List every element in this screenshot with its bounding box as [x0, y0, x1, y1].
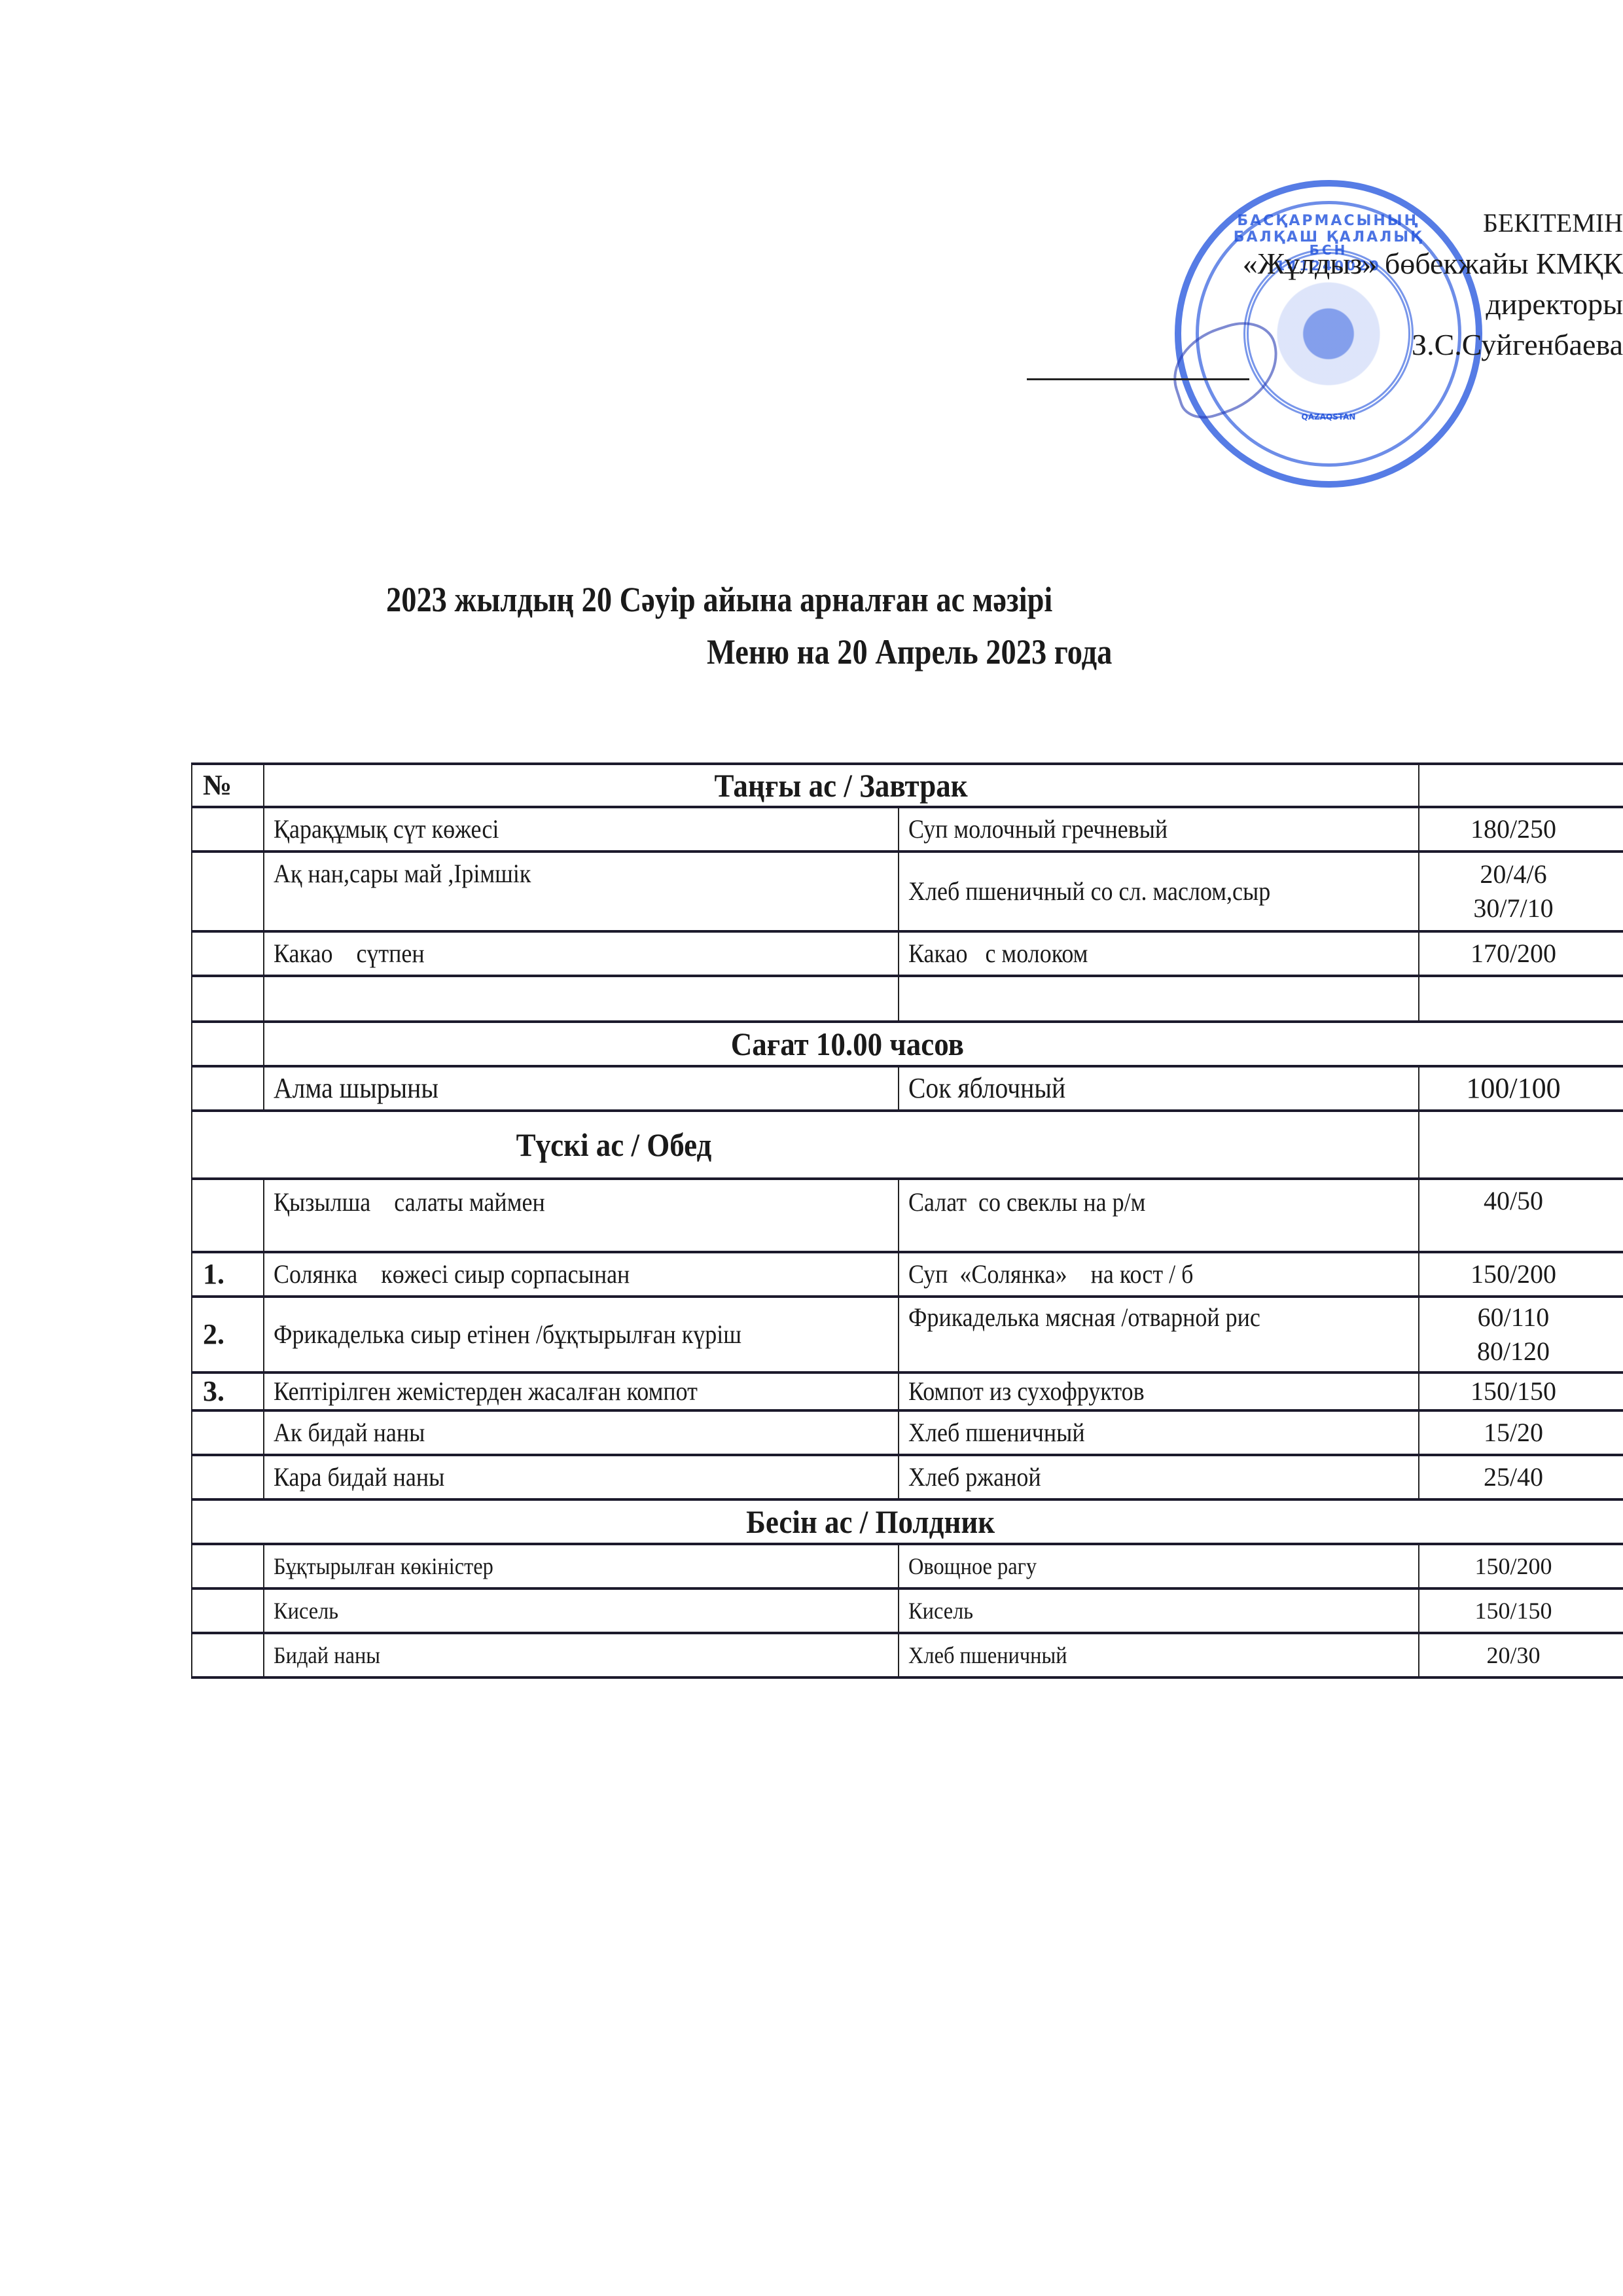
dish-name-ru: Кисель [899, 1588, 1419, 1633]
portion-value: 20/4/630/7/10 [1419, 852, 1623, 931]
dish-name-ru: Хлеб ржаной [899, 1455, 1419, 1499]
seal-country: QAZAQSTAN [1293, 412, 1364, 422]
approval-name: З.С.Суйгенбаева [1243, 325, 1623, 365]
table-row: Какао сүтпен Какао с молоком 170/200 [192, 931, 1623, 976]
dish-name-ru [899, 976, 1419, 1022]
portion-value: 150/200 [1419, 1544, 1623, 1588]
dish-name-ru: Хлеб пшеничный со сл. маслом,сыр [899, 852, 1419, 931]
dish-name-kz: Қарақұмық сүт көжесі [264, 807, 899, 852]
page-title-ru: Меню на 20 Апрель 2023 года [707, 632, 1623, 672]
section-header-afternoon-snack: Бесін ас / Полдник [192, 1499, 1623, 1544]
section-header-breakfast: № Таңғы ас / Завтрак [192, 764, 1623, 807]
portion-value: 15/20 [1419, 1410, 1623, 1455]
section-header-snack-10: Сағат 10.00 часов [192, 1022, 1623, 1066]
portion-value: 60/11080/120 [1419, 1297, 1623, 1372]
dish-name-ru: Компот из сухофруктов [899, 1372, 1419, 1410]
portion-value: 25/40 [1419, 1455, 1623, 1499]
dish-name-kz: Ақ нан,сары май ,Ірімшік [264, 852, 899, 931]
portion-value [1419, 976, 1623, 1022]
approval-label: БЕКІТЕМІН [1243, 203, 1623, 243]
row-number [192, 807, 264, 852]
approval-organization: «Жұлдыз» бөбекжайы КМҚК [1243, 243, 1623, 284]
table-row: Бидай наны Хлеб пшеничный 20/30 [192, 1633, 1623, 1677]
row-number [192, 976, 264, 1022]
dish-name-ru: Суп молочный гречневый [899, 807, 1419, 852]
section-header-lunch: Түскі ас / Обед [192, 1111, 1623, 1179]
dish-name-ru: Хлеб пшеничный [899, 1633, 1419, 1677]
table-row: Бұқтырылған көкіністер Овощное рагу 150/… [192, 1544, 1623, 1588]
section-title: Түскі ас / Обед [192, 1111, 1419, 1179]
dish-name-ru: Салат со свеклы на р/м [899, 1179, 1419, 1252]
table-row: Кара бидай наны Хлеб ржаной 25/40 [192, 1455, 1623, 1499]
table-row: Ақ нан,сары май ,Ірімшік Хлеб пшеничный … [192, 852, 1623, 931]
portion-value: 170/200 [1419, 931, 1623, 976]
row-number [192, 1410, 264, 1455]
row-number [192, 931, 264, 976]
row-number: 3. [192, 1372, 264, 1410]
dish-name-ru: Суп «Солянка» на кост / б [899, 1252, 1419, 1297]
dish-name-kz: Ак бидай наны [264, 1410, 899, 1455]
table-row: Қарақұмық сүт көжесі Суп молочный гречне… [192, 807, 1623, 852]
table-row: 2. Фрикаделька сиыр етінен /бұқтырылған … [192, 1297, 1623, 1372]
menu-table: № Таңғы ас / Завтрак Қарақұмық сүт көжес… [191, 762, 1623, 1679]
section-title: Таңғы ас / Завтрак [264, 764, 1419, 807]
approval-block: БЕКІТЕМІН «Жұлдыз» бөбекжайы КМҚК директ… [1243, 203, 1623, 365]
table-row-empty [192, 976, 1623, 1022]
table-row: 3. Кептірілген жемістерден жасалған комп… [192, 1372, 1623, 1410]
table-row: Ак бидай наны Хлеб пшеничный 15/20 [192, 1410, 1623, 1455]
portion-value: 150/150 [1419, 1372, 1623, 1410]
value-cell [1419, 1111, 1623, 1179]
number-header: № [192, 764, 264, 807]
dish-name-ru: Сок яблочный [899, 1066, 1419, 1111]
dish-name-kz: Солянка көжесі сиыр сорпасынан [264, 1252, 899, 1297]
row-number: 2. [192, 1297, 264, 1372]
row-number [192, 1544, 264, 1588]
row-number [192, 1455, 264, 1499]
signature-line [1027, 378, 1249, 380]
dish-name-kz: Бұқтырылған көкіністер [264, 1544, 899, 1588]
portion-value: 100/100 [1419, 1066, 1623, 1111]
number-cell [192, 1022, 264, 1066]
dish-name-kz: Кара бидай наны [264, 1455, 899, 1499]
dish-name-ru: Овощное рагу [899, 1544, 1419, 1588]
dish-name-kz: Фрикаделька сиыр етінен /бұқтырылған күр… [264, 1297, 899, 1372]
dish-name-kz: Какао сүтпен [264, 931, 899, 976]
portion-value: 20/30 [1419, 1633, 1623, 1677]
approval-position: директоры [1243, 284, 1623, 325]
portion-value: 40/50 [1419, 1179, 1623, 1252]
portion-value: 150/200 [1419, 1252, 1623, 1297]
row-number [192, 1179, 264, 1252]
value-cell [1419, 764, 1623, 807]
row-number [192, 1633, 264, 1677]
dish-name-ru: Хлеб пшеничный [899, 1410, 1419, 1455]
section-title: Бесін ас / Полдник [192, 1499, 1623, 1544]
section-title: Сағат 10.00 часов [264, 1022, 1623, 1066]
row-number [192, 1066, 264, 1111]
dish-name-ru: Какао с молоком [899, 931, 1419, 976]
row-number [192, 1588, 264, 1633]
dish-name-kz: Қызылша салаты маймен [264, 1179, 899, 1252]
table-row: Қызылша салаты маймен Салат со свеклы на… [192, 1179, 1623, 1252]
portion-value: 150/150 [1419, 1588, 1623, 1633]
dish-name-kz: Алма шырыны [264, 1066, 899, 1111]
dish-name-ru: Фрикаделька мясная /отварной рис [899, 1297, 1419, 1372]
dish-name-kz [264, 976, 899, 1022]
row-number: 1. [192, 1252, 264, 1297]
table-row: 1. Солянка көжесі сиыр сорпасынан Суп «С… [192, 1252, 1623, 1297]
dish-name-kz: Кисель [264, 1588, 899, 1633]
dish-name-kz: Кептірілген жемістерден жасалған компот [264, 1372, 899, 1410]
portion-value: 180/250 [1419, 807, 1623, 852]
table-row: Кисель Кисель 150/150 [192, 1588, 1623, 1633]
row-number [192, 852, 264, 931]
page-title-kz: 2023 жылдың 20 Сәуір айына арналған ас м… [386, 579, 1623, 620]
table-row: Алма шырыны Сок яблочный 100/100 [192, 1066, 1623, 1111]
dish-name-kz: Бидай наны [264, 1633, 899, 1677]
